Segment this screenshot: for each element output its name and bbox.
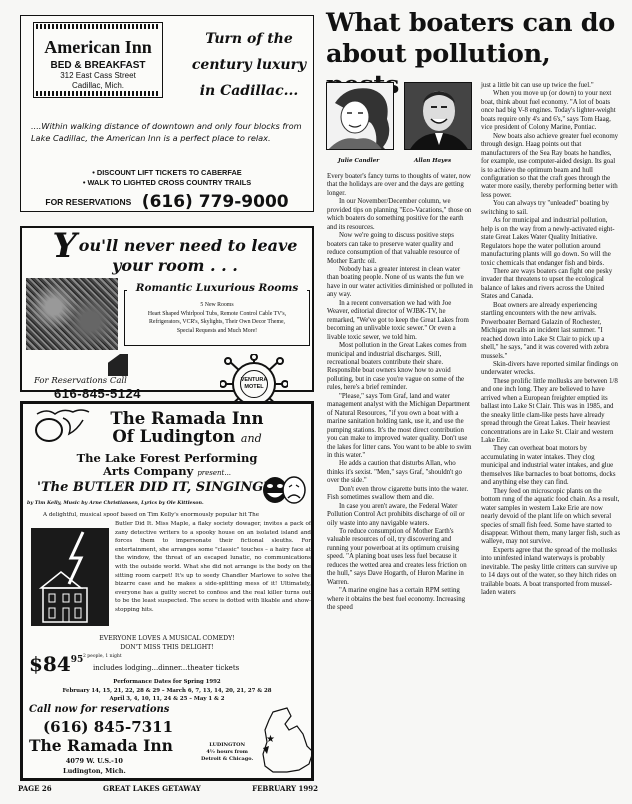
paragraph: When you move up (or down) to your next … — [481, 90, 621, 132]
logo-text: VENTURA — [241, 377, 268, 384]
rooms-features: 5 New Rooms Heart Shaped Whirlpool Tubs,… — [125, 301, 309, 335]
michigan-map-icon: ★ — [253, 706, 315, 776]
paragraph: To reduce consumption of Mother Earth's … — [327, 528, 473, 587]
photo-caption: Allan Hayes — [414, 158, 451, 164]
rooms-line: Special Requests and Much More! — [125, 327, 309, 336]
page-number: PAGE 26 — [18, 784, 52, 793]
paragraph: Skin-divers have reported similar findin… — [481, 361, 621, 378]
tagline-line: Turn of the — [189, 26, 309, 52]
american-inn-type: BED & BREAKFAST — [34, 60, 162, 71]
paragraph: They feed on microscopic plants on the b… — [481, 488, 621, 547]
map-label-line: 4½ hours from — [201, 749, 253, 756]
rooms-title: Romantic Luxurious Rooms — [127, 282, 307, 294]
michigan-shape-icon — [108, 354, 128, 376]
title-and: and — [241, 432, 262, 445]
promo-line: EVERYONE LOVES A MUSICAL COMEDY! — [23, 634, 311, 643]
american-inn-phone: (616) 779-9000 — [142, 192, 289, 212]
tagline-line: in Cadillac... — [189, 78, 309, 104]
map-label-line: Detroit & Chicago. — [201, 756, 253, 763]
paragraph: Now we're going to discuss positive step… — [327, 232, 473, 266]
show-credits: by Tim Kelly, Music by Arne Christiansen… — [27, 500, 204, 506]
logo-text: MOTEL — [241, 384, 268, 391]
package-price: $8495 — [29, 652, 83, 676]
paragraph: In case you aren't aware, the Federal Wa… — [327, 503, 473, 528]
ventura-phone: 616-845-5124 — [54, 386, 141, 401]
ventura-call-label: For Reservations Call — [34, 376, 127, 386]
page-footer: PAGE 26 GREAT LAKES GETAWAY FEBRUARY 199… — [18, 784, 318, 793]
reservations-label: FOR RESERVATIONS — [45, 197, 131, 207]
paragraph: You can always try "unleaded" boating by… — [481, 200, 621, 217]
rooms-line: Heart Shaped Whirlpool Tubs, Remote Cont… — [125, 310, 309, 319]
ventura-motel-ad: You'll never need to leave your room . .… — [20, 226, 314, 392]
subtitle-line: Arts Company — [103, 464, 193, 478]
title-line: The Ramada Inn — [63, 410, 311, 428]
american-inn-bullets: • DISCOUNT LIFT TICKETS TO CABERFAE • WA… — [21, 168, 313, 188]
paragraph: New boats also achieve greater fuel econ… — [481, 133, 621, 201]
ramada-address: 4079 W. U.S.-10 Ludington, Mich. — [63, 756, 126, 776]
paragraph: Most pollution in the Great Lakes comes … — [327, 342, 473, 393]
address-line: Ludington, Mich. — [63, 766, 126, 776]
show-description-intro: A delightful, musical spoof based on Tim… — [43, 512, 311, 520]
ventura-headline: You'll never need to leave your room . .… — [50, 236, 300, 276]
paragraph: There are ways boaters can fight one pes… — [481, 268, 621, 302]
american-inn-logo: American Inn BED & BREAKFAST 312 East Ca… — [33, 22, 163, 98]
bullet-item: • DISCOUNT LIFT TICKETS TO CABERFAE — [21, 168, 313, 178]
american-inn-ad: American Inn BED & BREAKFAST 312 East Ca… — [20, 15, 314, 212]
paragraph: Nobody has a greater interest in clean w… — [327, 266, 473, 300]
title-line: Of Ludington — [112, 427, 235, 446]
promo-line: DON'T MISS THIS DELIGHT! — [23, 643, 311, 652]
dates-line: February 14, 15, 21, 22, 28 & 29 – March… — [23, 687, 311, 696]
american-inn-address-2: Cadillac, Mich. — [34, 81, 162, 91]
show-title: 'The BUTLER DID IT, SINGING" — [37, 480, 270, 495]
article-column-2: just a little bit can use up twice the f… — [481, 82, 621, 598]
package-includes: includes lodging...dinner...theater tick… — [93, 664, 239, 672]
svg-text:★: ★ — [266, 734, 275, 745]
room-photo — [26, 278, 118, 350]
price-note: 2 people, 1 night — [83, 654, 122, 659]
show-description: Butler Did It. Miss Maple, a flaky socie… — [115, 520, 311, 615]
haunted-house-illustration — [31, 528, 109, 626]
paragraph: Boat owners are already experiencing sta… — [481, 302, 621, 361]
bullet-item: • WALK TO LIGHTED CROSS COUNTRY TRAILS — [21, 178, 313, 188]
promo-text: EVERYONE LOVES A MUSICAL COMEDY! DON'T M… — [23, 634, 311, 652]
rooms-box: Romantic Luxurious Rooms 5 New Rooms Hea… — [124, 290, 310, 346]
article-column-1: Every boater's fancy turns to thoughts o… — [327, 173, 473, 613]
address-line: 4079 W. U.S.-10 — [63, 756, 126, 766]
performance-dates: Performance Dates for Spring 1992 Februa… — [23, 678, 311, 704]
rooms-line: 5 New Rooms — [125, 301, 309, 310]
paragraph: Experts agree that the spread of the mol… — [481, 547, 621, 598]
map-label-line: LUDINGTON — [201, 742, 253, 749]
ramada-name: The Ramada Inn — [29, 736, 173, 755]
paragraph: Don't even throw cigarette butts into th… — [327, 486, 473, 503]
american-inn-body: ....Within walking distance of downtown … — [31, 120, 307, 144]
photo-caption: Julie Candler — [338, 158, 379, 164]
author-photo-julie — [326, 82, 394, 150]
american-inn-reservations: FOR RESERVATIONS (616) 779-9000 — [21, 192, 313, 212]
paragraph: "Please," says Tom Graf, land and water … — [327, 393, 473, 461]
paragraph: In a recent conversation we had with Joe… — [327, 300, 473, 342]
paragraph: As for municipal and industrial pollutio… — [481, 217, 621, 268]
comedy-tragedy-masks-icon — [261, 474, 307, 506]
dates-line: April 3, 4, 10, 11, 24 & 25 – May 1 & 2 — [23, 695, 311, 704]
american-inn-name: American Inn — [34, 37, 162, 58]
ramada-inn-ad: The Ramada Inn Of Ludington and The Lake… — [20, 401, 314, 781]
headline-line: ou'll never need to leave — [79, 236, 298, 255]
author-photo-allan — [404, 82, 472, 150]
issue-date: FEBRUARY 1992 — [252, 784, 318, 793]
paragraph: "A marine engine has a certain RPM setti… — [327, 587, 473, 612]
rooms-line: Refrigerators, VCR's, Skylights, Their O… — [125, 318, 309, 327]
headline-initial: Y — [53, 226, 77, 266]
ramada-title: The Ramada Inn Of Ludington and — [23, 410, 311, 448]
ramada-phone: (616) 845-7311 — [43, 718, 173, 736]
paragraph: just a little bit can use up twice the f… — [481, 82, 621, 90]
paragraph: Every boater's fancy turns to thoughts o… — [327, 173, 473, 198]
paragraph: In our November/December column, we prov… — [327, 198, 473, 232]
present-text: present... — [197, 469, 231, 477]
price-dollars: $84 — [29, 652, 71, 676]
american-inn-tagline: Turn of the century luxury in Cadillac..… — [189, 26, 309, 104]
publication-name: GREAT LAKES GETAWAY — [103, 784, 201, 793]
tagline-line: century luxury — [189, 52, 309, 78]
paragraph: They can overheat boat motors by accumul… — [481, 445, 621, 487]
paragraph: He adds a caution that disturbs Allan, w… — [327, 460, 473, 485]
price-cents: 95 — [71, 655, 84, 665]
ludington-label: LUDINGTON 4½ hours from Detroit & Chicag… — [201, 742, 253, 763]
ramada-call-label: Call now for reservations — [29, 704, 169, 715]
headline-line: your room . . . — [50, 256, 300, 276]
dates-heading: Performance Dates for Spring 1992 — [23, 678, 311, 687]
american-inn-address-1: 312 East Cass Street — [34, 71, 162, 81]
paragraph: These prolific little mollusks are betwe… — [481, 378, 621, 446]
